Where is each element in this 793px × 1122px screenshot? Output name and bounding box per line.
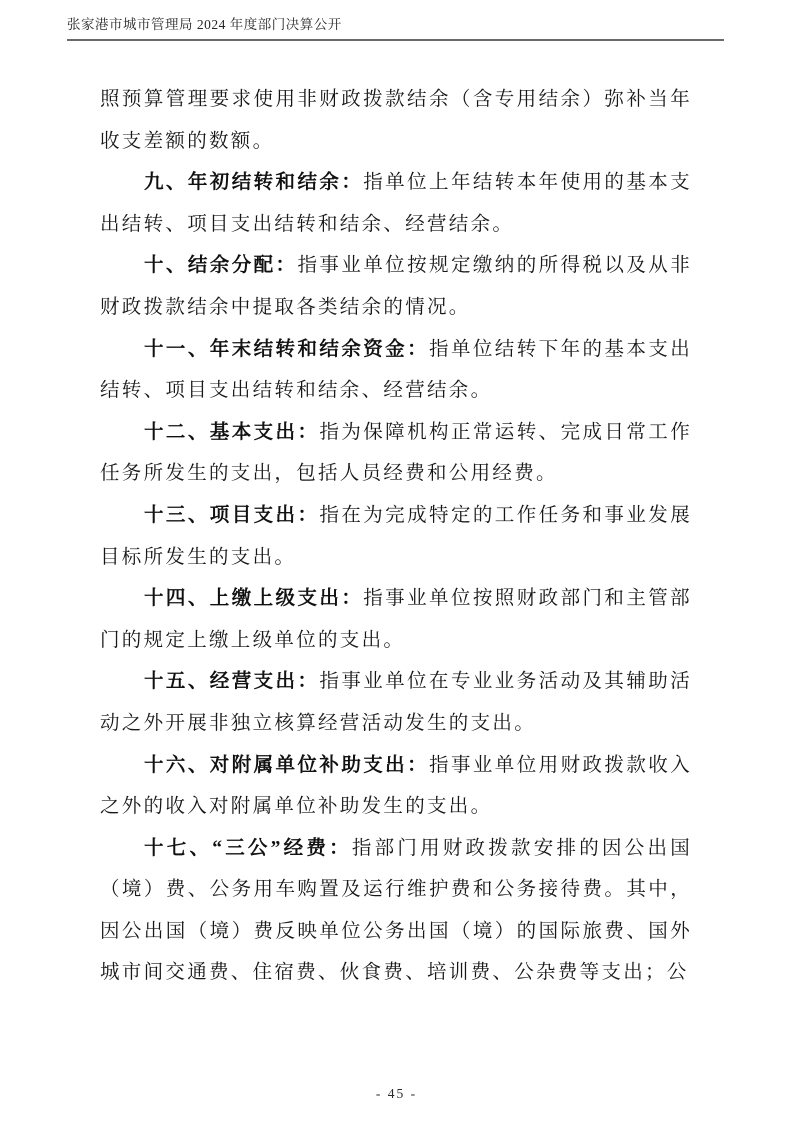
paragraph-lead: 十五、经营支出： [144, 671, 319, 692]
paragraph: 十五、经营支出：指事业单位在专业业务活动及其辅助活动之外开展非独立核算经营活动发… [100, 661, 692, 744]
paragraph-lead: 十二、基本支出： [144, 422, 319, 443]
page-number: - 45 - [376, 1086, 417, 1101]
paragraph-lead: 十一、年末结转和结余资金： [144, 339, 429, 360]
header-title: 张家港市城市管理局 2024 年度部门决算公开 [67, 17, 342, 32]
paragraph-lead: 十四、上缴上级支出： [144, 588, 363, 609]
paragraph: 十七、“三公”经费：指部门用财政拨款安排的因公出国（境）费、公务用车购置及运行维… [100, 828, 692, 994]
paragraph: 照预算管理要求使用非财政拨款结余（含专用结余）弥补当年收支差额的数额。 [100, 79, 692, 162]
page-header: 张家港市城市管理局 2024 年度部门决算公开 [67, 13, 724, 41]
paragraph-lead: 九、年初结转和结余： [144, 172, 363, 193]
paragraph: 十二、基本支出：指为保障机构正常运转、完成日常工作任务所发生的支出，包括人员经费… [100, 412, 692, 495]
paragraph: 十三、项目支出：指在为完成特定的工作任务和事业发展目标所发生的支出。 [100, 495, 692, 578]
paragraph: 九、年初结转和结余：指单位上年结转本年使用的基本支出结转、项目支出结转和结余、经… [100, 162, 692, 245]
page-footer: - 45 - [0, 1086, 793, 1102]
paragraph-lead: 十三、项目支出： [144, 505, 319, 526]
paragraph: 十、结余分配：指事业单位按规定缴纳的所得税以及从非财政拨款结余中提取各类结余的情… [100, 245, 692, 328]
paragraph: 十六、对附属单位补助支出：指事业单位用财政拨款收入之外的收入对附属单位补助发生的… [100, 745, 692, 828]
paragraph-lead: 十六、对附属单位补助支出： [144, 755, 429, 776]
paragraph-body: 照预算管理要求使用非财政拨款结余（含专用结余）弥补当年收支差额的数额。 [100, 89, 692, 152]
paragraph: 十四、上缴上级支出：指事业单位按照财政部门和主管部门的规定上缴上级单位的支出。 [100, 578, 692, 661]
paragraph-body: 指部门用财政拨款安排的因公出国（境）费、公务用车购置及运行维护费和公务接待费。其… [100, 838, 692, 984]
document-body: 照预算管理要求使用非财政拨款结余（含专用结余）弥补当年收支差额的数额。 九、年初… [100, 79, 692, 1009]
paragraph-lead: 十七、“三公”经费： [144, 838, 352, 859]
paragraph-lead: 十、结余分配： [144, 255, 297, 276]
document-page: 张家港市城市管理局 2024 年度部门决算公开 照预算管理要求使用非财政拨款结余… [0, 0, 793, 1122]
paragraph: 十一、年末结转和结余资金：指单位结转下年的基本支出结转、项目支出结转和结余、经营… [100, 329, 692, 412]
